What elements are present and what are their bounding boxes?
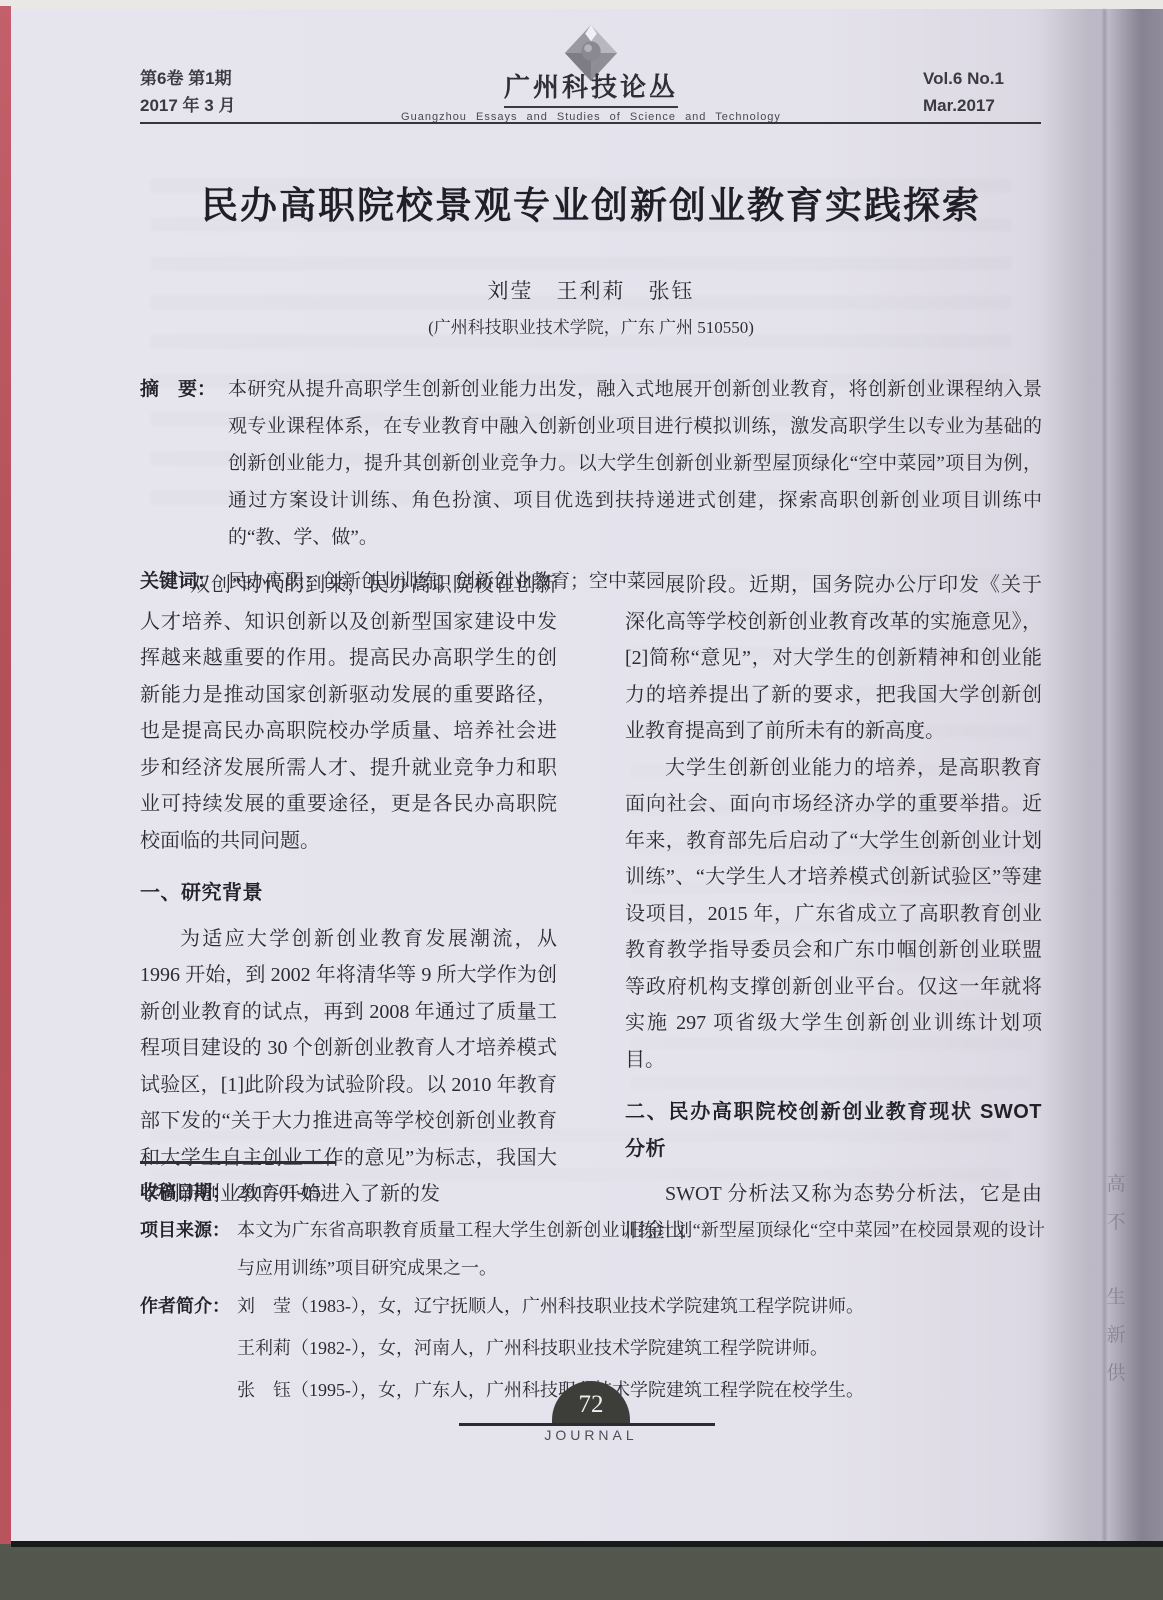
footer-journal-label-wrap: JOURNAL xyxy=(141,1427,1041,1445)
issue-volume-en: Vol.6 No.1 xyxy=(923,65,1004,92)
page-number: 72 xyxy=(552,1391,630,1419)
issue-date-en: Mar.2017 xyxy=(923,92,1004,119)
footer-journal-label: JOURNAL xyxy=(544,1427,637,1443)
abstract-row: 摘 要： 本研究从提升高职学生创新创业能力出发，融入式地展开创新创业教育，将创新… xyxy=(140,371,1042,556)
received-date-row: 收稿日期： 2017-01-05 xyxy=(140,1173,1045,1211)
footnotes-block: 收稿日期： 2017-01-05 项目来源： 本文为广东省高职教育质量工程大学生… xyxy=(140,1173,1045,1413)
section-heading-2: 二、民办高职院校创新创业教育现状 SWOT 分析 xyxy=(625,1094,1042,1167)
project-source-row: 项目来源： 本文为广东省高职教育质量工程大学生创新创业训练计划“新型屋顶绿化“空… xyxy=(140,1211,1045,1287)
received-date-value: 2017-01-05 xyxy=(237,1173,1045,1211)
article-title: 民办高职院校景观专业创新创业教育实践探索 xyxy=(126,175,1056,229)
abstract-text: 本研究从提升高职学生创新创业能力出发，融入式地展开创新创业教育，将创新创业课程纳… xyxy=(228,371,1042,556)
issue-info-en: Vol.6 No.1 Mar.2017 xyxy=(923,65,1004,119)
scanner-bed-top-strip xyxy=(0,0,1163,9)
footer-rule xyxy=(459,1423,715,1426)
journal-name-cn: 广州科技论丛 xyxy=(504,67,678,108)
article-authors: 刘莹 王利莉 张钰 xyxy=(141,275,1041,305)
journal-page: 第6卷 第1期 2017 年 3 月 广州科技论丛 Guangzhou Essa… xyxy=(11,9,1163,1547)
book-spine-red-strip xyxy=(0,6,11,1544)
scanned-journal-page: { "journal": { "issue_cn_line1": "第6卷 第1… xyxy=(0,0,1163,1600)
page-number-dome: 72 xyxy=(552,1381,630,1425)
footnote-rule xyxy=(140,1161,336,1164)
paragraph: 大学生创新创业能力的培养，是高职教育面向社会、面向市场经济办学的重要举措。近年来… xyxy=(625,750,1042,1079)
author-bio: 刘 莹（1983-），女，辽宁抚顺人，广州科技职业技术学院建筑工程学院讲师。 xyxy=(237,1287,1045,1325)
paragraph: 为适应大学创新创业教育发展潮流，从 1996 开始，到 2002 年将清华等 9… xyxy=(140,921,557,1213)
project-source-label: 项目来源： xyxy=(140,1211,237,1287)
article-affiliation: (广州科技职业技术学院，广东 广州 510550) xyxy=(141,313,1041,338)
project-source-text: 本文为广东省高职教育质量工程大学生创新创业训练计划“新型屋顶绿化“空中菜园”在校… xyxy=(237,1211,1045,1287)
received-date-label: 收稿日期： xyxy=(140,1173,237,1211)
header-rule xyxy=(140,122,1041,124)
section-heading-1: 一、研究背景 xyxy=(140,875,557,912)
paragraph: “双创”时代的到来，民办高职院校在创新人才培养、知识创新以及创新型国家建设中发挥… xyxy=(140,567,557,859)
journal-masthead: 广州科技论丛 Guangzhou Essays and Studies of S… xyxy=(141,67,1041,123)
body-column-right: 展阶段。近期，国务院办公厅印发《关于深化高等学校创新创业教育改革的实施意见》，[… xyxy=(625,567,1042,1249)
page-curl-shadow xyxy=(1103,9,1106,1541)
abstract-label: 摘 要： xyxy=(140,371,228,556)
author-bio: 王利莉（1982-），女，河南人，广州科技职业技术学院建筑工程学院讲师。 xyxy=(237,1329,1045,1367)
body-column-left: “双创”时代的到来，民办高职院校在创新人才培养、知识创新以及创新型国家建设中发挥… xyxy=(140,567,557,1213)
paragraph: 展阶段。近期，国务院办公厅印发《关于深化高等学校创新创业教育改革的实施意见》，[… xyxy=(625,567,1042,750)
